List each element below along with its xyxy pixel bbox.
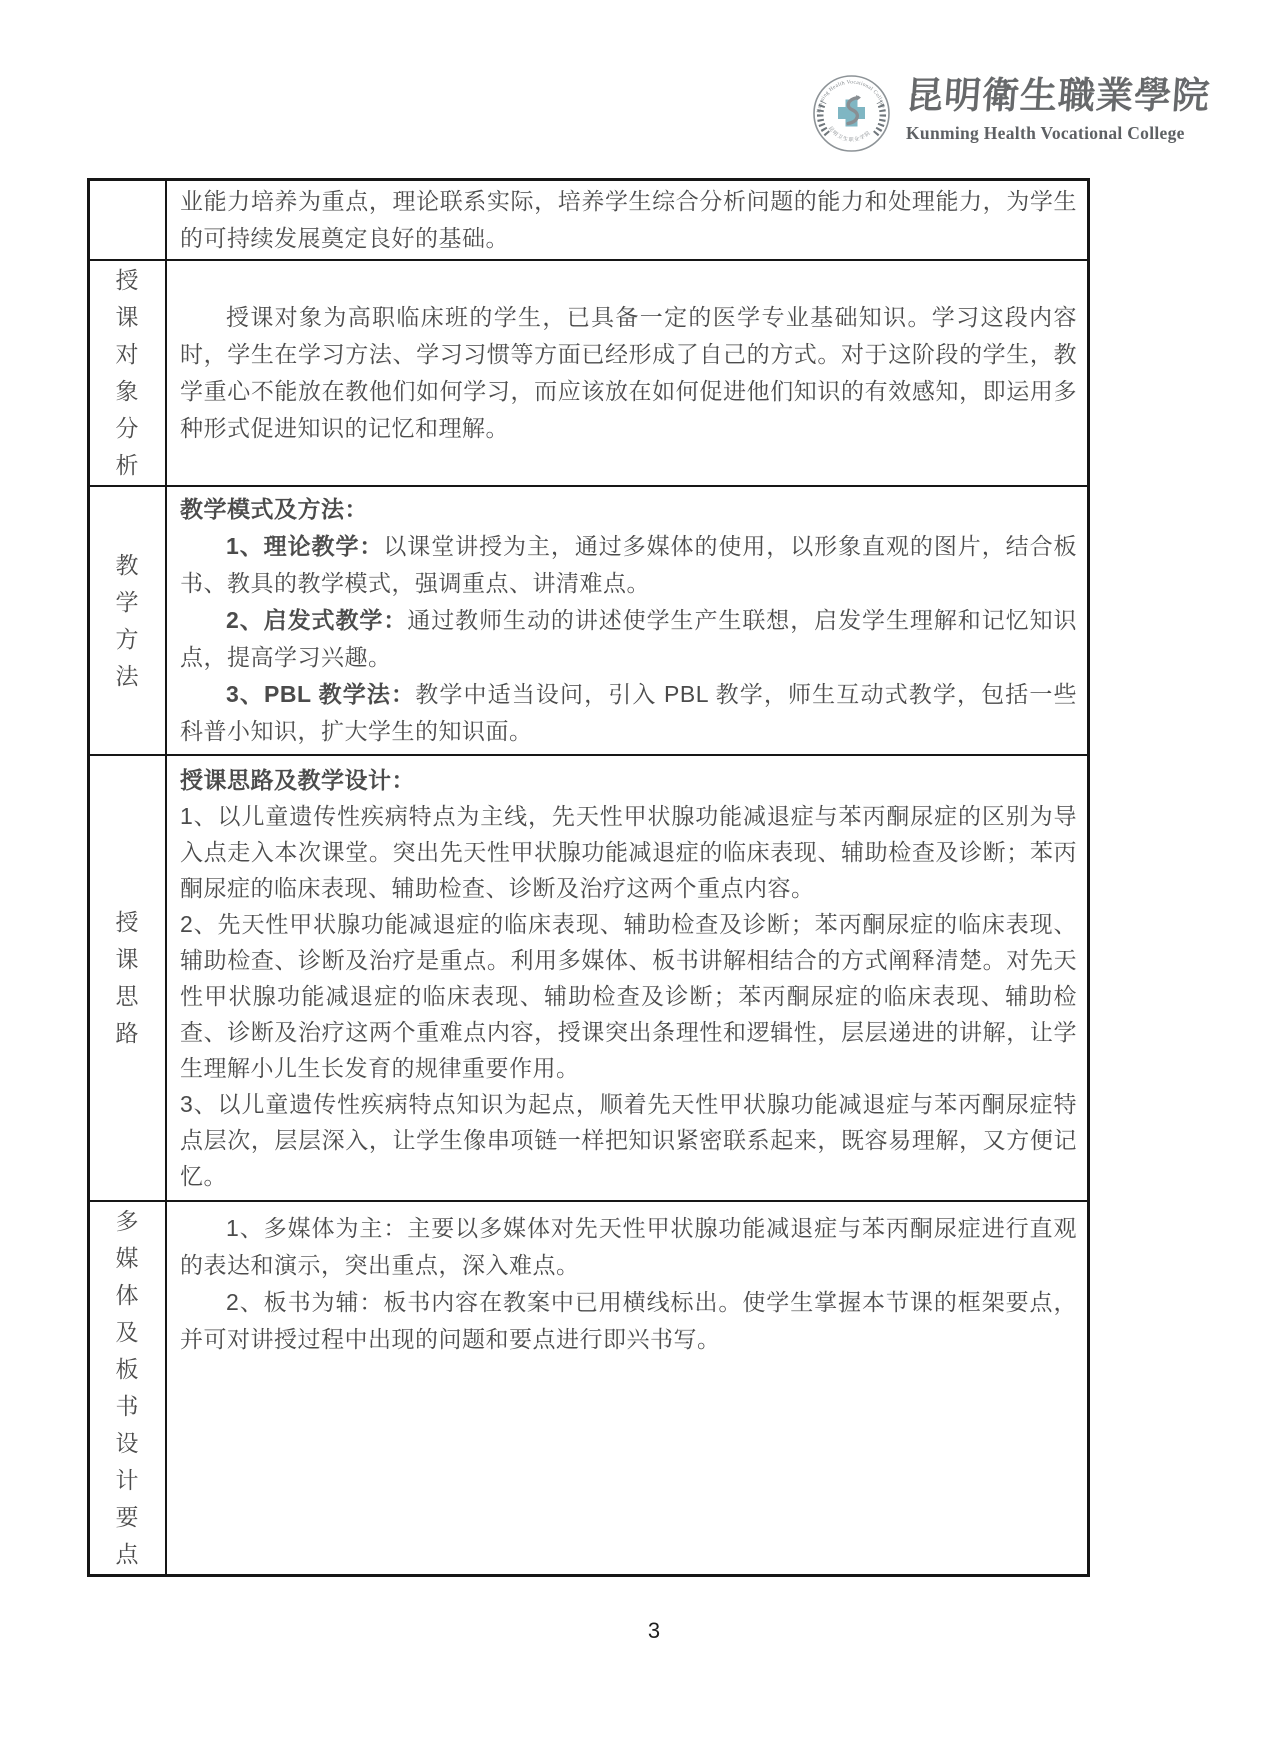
paragraph: 2、板书为辅：板书内容在教案中已用横线标出。使学生掌握本节课的框架要点，并可对讲… bbox=[180, 1284, 1077, 1358]
paragraph: 3、PBL 教学法：教学中适当设问，引入 PBL 教学，师生互动式教学，包括一些… bbox=[180, 676, 1077, 750]
table-row-teaching-methods: 教学方法 教学模式及方法： 1、理论教学：以课堂讲授为主，通过多媒体的使用，以形… bbox=[89, 486, 1089, 755]
row-label: 授课对象分析 bbox=[105, 262, 151, 484]
row-content-cell: 业能力培养为重点，理论联系实际，培养学生综合分析问题的能力和处理能力，为学生的可… bbox=[166, 180, 1089, 261]
paragraph: 1、多媒体为主：主要以多媒体对先天性甲状腺功能减退症与苯丙酮尿症进行直观的表达和… bbox=[180, 1210, 1077, 1284]
row-content-cell: 1、多媒体为主：主要以多媒体对先天性甲状腺功能减退症与苯丙酮尿症进行直观的表达和… bbox=[166, 1201, 1089, 1576]
row-label-cell: 教学方法 bbox=[89, 486, 167, 755]
table-row-continuation: 业能力培养为重点，理论联系实际，培养学生综合分析问题的能力和处理能力，为学生的可… bbox=[89, 180, 1089, 261]
row-content-cell: 教学模式及方法： 1、理论教学：以课堂讲授为主，通过多媒体的使用，以形象直观的图… bbox=[166, 486, 1089, 755]
row-label: 授课思路 bbox=[105, 904, 151, 1052]
college-seal-icon: Kunming Health Vocational College 昆明卫生职业… bbox=[812, 74, 891, 153]
table-row-media-board-design: 多媒体及板书设计要点 1、多媒体为主：主要以多媒体对先天性甲状腺功能减退症与苯丙… bbox=[89, 1201, 1089, 1576]
row-label: 多媒体及板书设计要点 bbox=[105, 1203, 151, 1573]
paragraph: 2、先天性甲状腺功能减退症的临床表现、辅助检查及诊断；苯丙酮尿症的临床表现、辅助… bbox=[180, 906, 1077, 1086]
paragraph: 授课对象为高职临床班的学生，已具备一定的医学专业基础知识。学习这段内容时，学生在… bbox=[180, 299, 1077, 447]
college-name-zh: 昆明衛生職業學院 bbox=[904, 74, 1211, 120]
table-row-lecture-approach: 授课思路 授课思路及教学设计： 1、以儿童遗传性疾病特点为主线，先天性甲状腺功能… bbox=[89, 755, 1089, 1201]
paragraph: 3、以儿童遗传性疾病特点知识为起点，顺着先天性甲状腺功能减退症与苯丙酮尿症特点层… bbox=[180, 1086, 1077, 1194]
row-label: 教学方法 bbox=[105, 547, 151, 695]
college-name-en: Kunming Health Vocational College bbox=[906, 123, 1210, 144]
row-label-cell: 授课对象分析 bbox=[89, 260, 167, 486]
paragraph: 1、理论教学：以课堂讲授为主，通过多媒体的使用，以形象直观的图片，结合板书、教具… bbox=[180, 528, 1077, 602]
row-content-cell: 授课对象为高职临床班的学生，已具备一定的医学专业基础知识。学习这段内容时，学生在… bbox=[166, 260, 1089, 486]
table-row-audience-analysis: 授课对象分析 授课对象为高职临床班的学生，已具备一定的医学专业基础知识。学习这段… bbox=[89, 260, 1089, 486]
paragraph: 教学模式及方法： bbox=[180, 491, 1077, 528]
row-label-cell bbox=[89, 180, 167, 261]
paragraph: 1、以儿童遗传性疾病特点为主线，先天性甲状腺功能减退症与苯丙酮尿症的区别为导入点… bbox=[180, 798, 1077, 906]
paragraph: 2、启发式教学：通过教师生动的讲述使学生产生联想，启发学生理解和记忆知识点，提高… bbox=[180, 602, 1077, 676]
document-page: Kunming Health Vocational College 昆明卫生职业… bbox=[0, 0, 1271, 1763]
paragraph: 业能力培养为重点，理论联系实际，培养学生综合分析问题的能力和处理能力，为学生的可… bbox=[180, 183, 1077, 257]
college-name-block: 昆明衛生職業學院 Kunming Health Vocational Colle… bbox=[906, 74, 1210, 144]
page-number: 3 bbox=[639, 1618, 669, 1644]
row-label-cell: 多媒体及板书设计要点 bbox=[89, 1201, 167, 1576]
paragraph: 授课思路及教学设计： bbox=[180, 762, 1077, 798]
row-label-cell: 授课思路 bbox=[89, 755, 167, 1201]
row-content-cell: 授课思路及教学设计： 1、以儿童遗传性疾病特点为主线，先天性甲状腺功能减退症与苯… bbox=[166, 755, 1089, 1201]
lesson-plan-table: 业能力培养为重点，理论联系实际，培养学生综合分析问题的能力和处理能力，为学生的可… bbox=[87, 178, 1090, 1577]
college-header: Kunming Health Vocational College 昆明卫生职业… bbox=[812, 74, 1210, 153]
